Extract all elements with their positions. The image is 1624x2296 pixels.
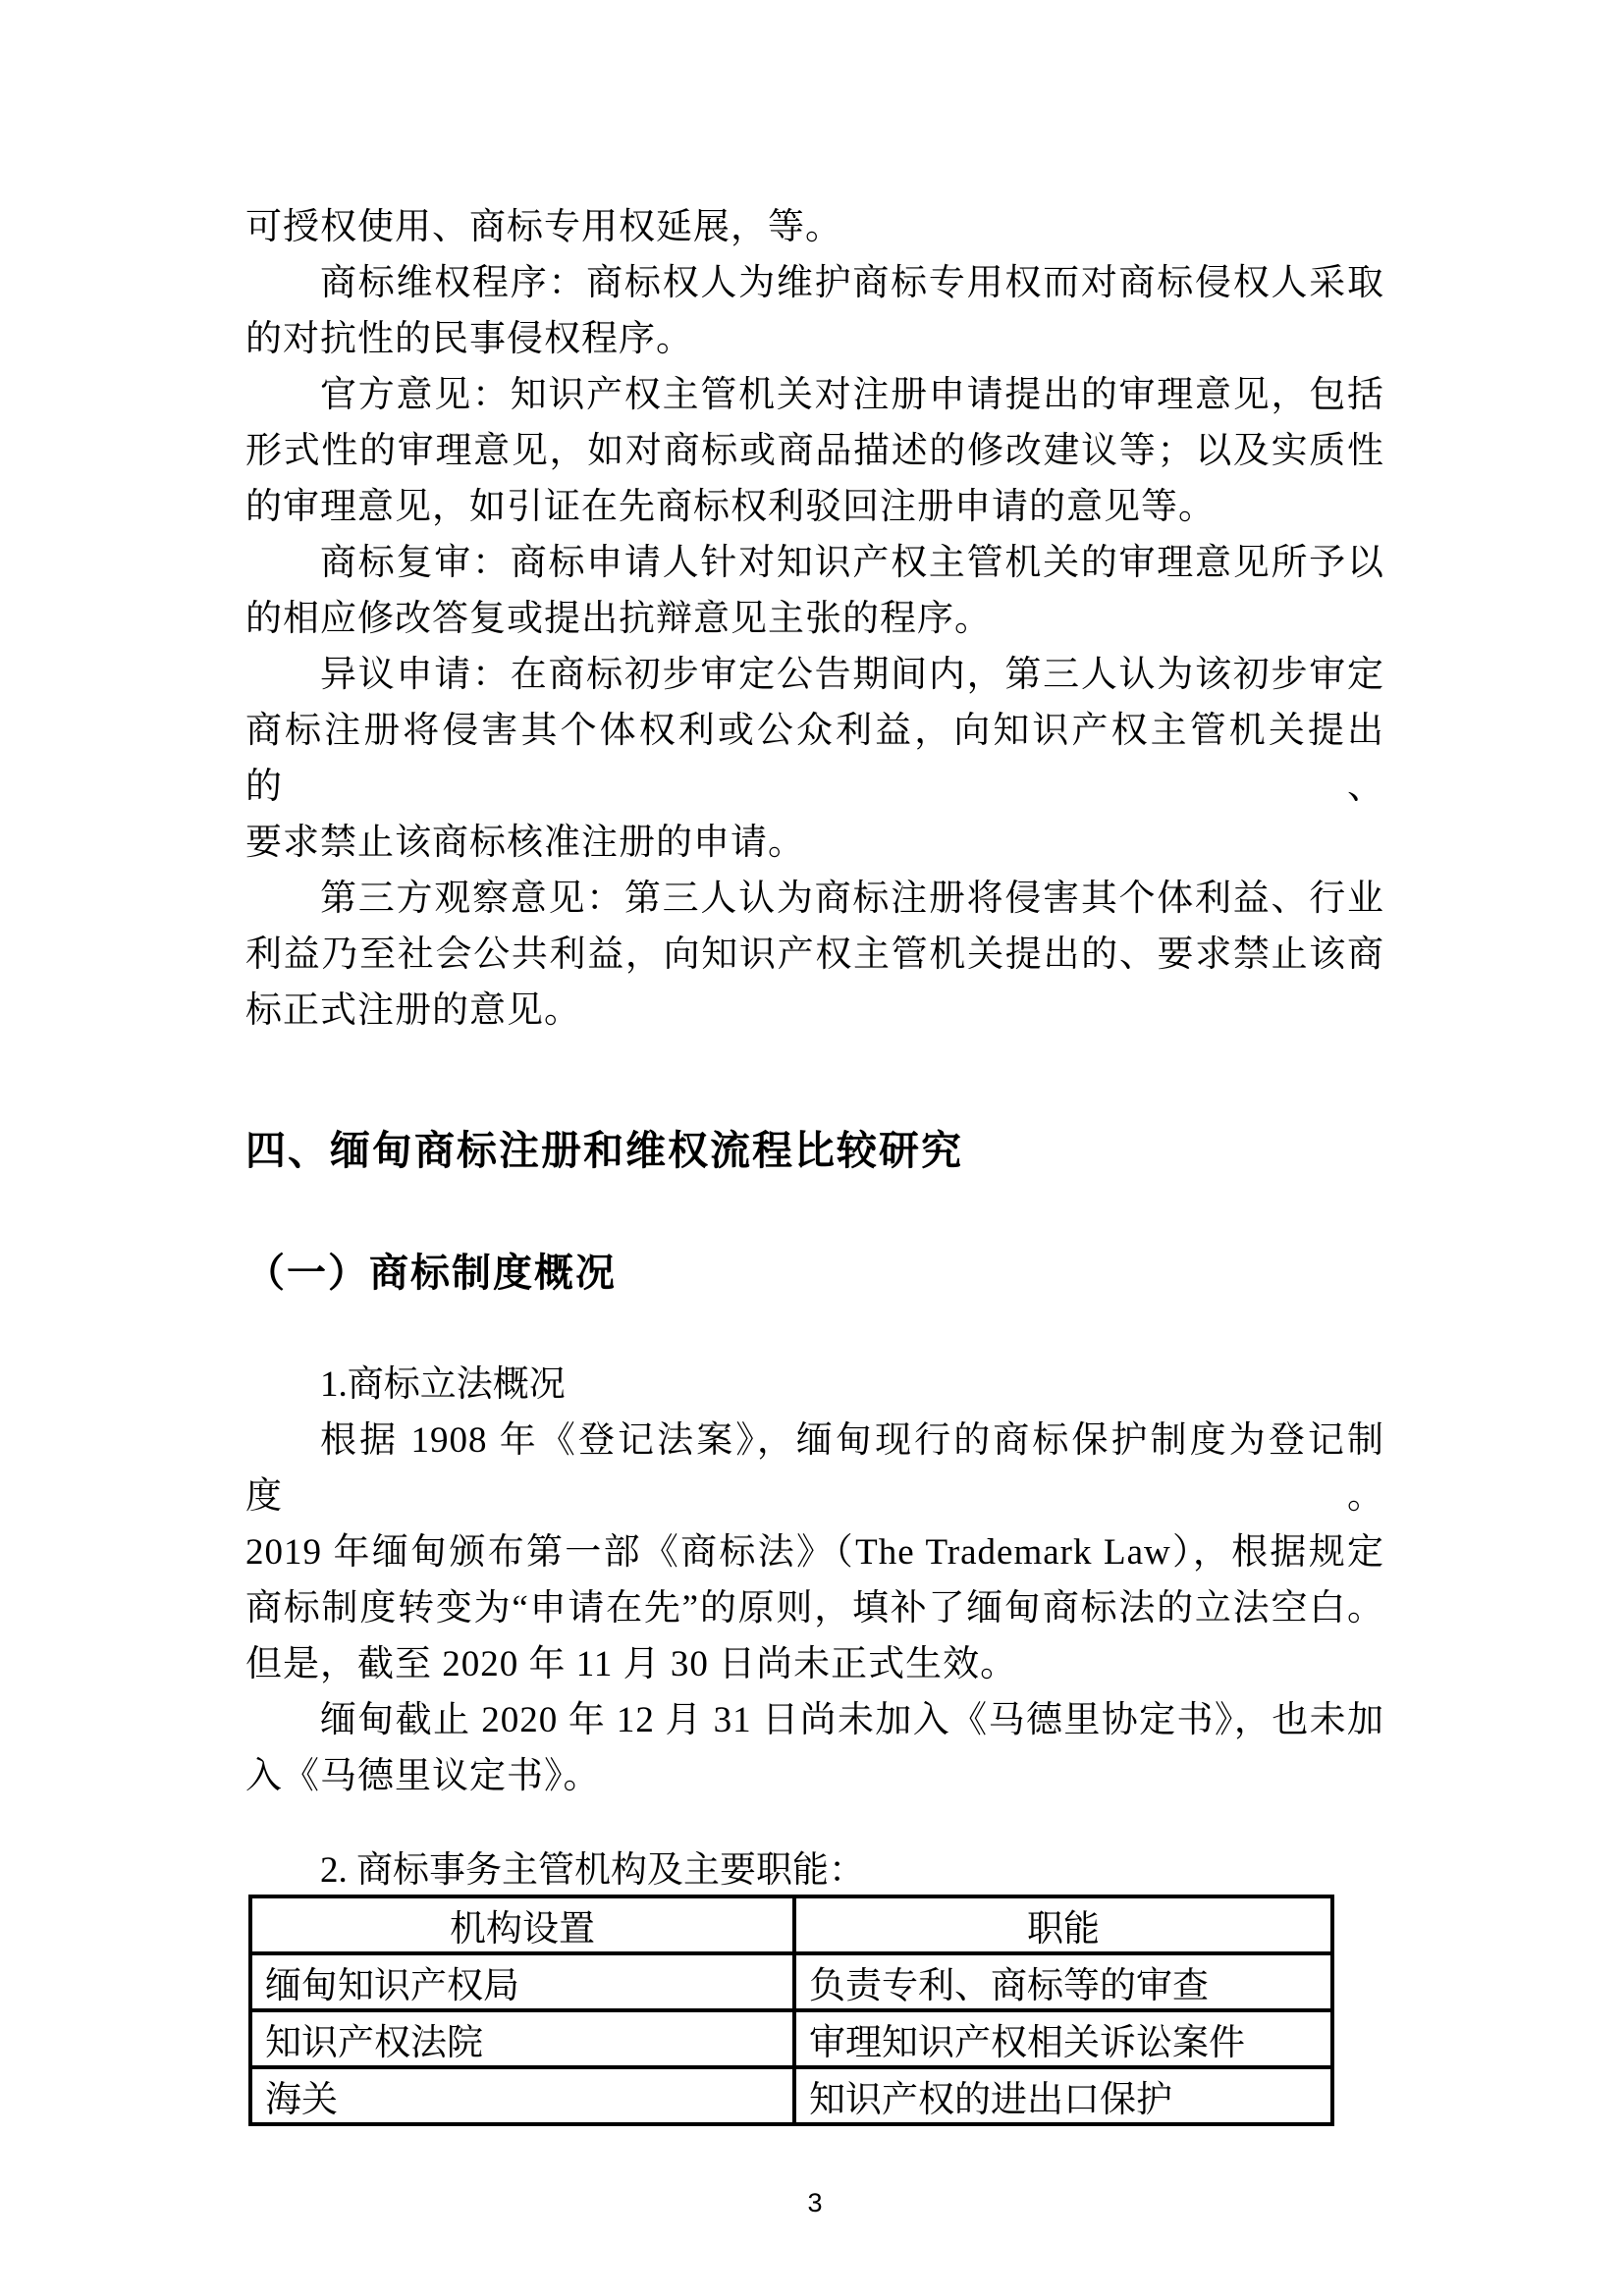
text-block: 可授权使用、商标专用权延展，等。 商标维权程序：商标权人为维护商标专用权而对商标…	[0, 0, 1624, 2220]
page-number: 3	[245, 2185, 1384, 2220]
table-row: 缅甸知识产权局 负责专利、商标等的审查	[250, 1953, 1332, 2010]
body-line: 商标复审：商标申请人针对知识产权主管机关的审理意见所予以	[245, 535, 1384, 591]
body-line: 商标注册将侵害其个体权利或公众利益，向知识产权主管机关提出的、	[245, 703, 1384, 815]
body-line: 商标制度转变为“申请在先”的原则，填补了缅甸商标法的立法空白。	[245, 1580, 1384, 1636]
col-header-organization: 机构设置	[250, 1896, 794, 1953]
body-line: 异议申请：在商标初步审定公告期间内，第三人认为该初步审定	[245, 647, 1384, 703]
body-line: 的相应修改答复或提出抗辩意见主张的程序。	[245, 591, 1384, 647]
item-heading-2-table-caption: 2. 商标事务主管机构及主要职能：	[245, 1847, 1384, 1895]
col-header-function: 职能	[794, 1896, 1332, 1953]
table-cell-function: 知识产权的进出口保护	[794, 2067, 1332, 2124]
table-cell-organization: 知识产权法院	[250, 2010, 794, 2067]
body-line: 标正式注册的意见。	[245, 983, 1384, 1039]
body-line: 根据 1908 年《登记法案》，缅甸现行的商标保护制度为登记制度。	[245, 1413, 1384, 1524]
body-line: 要求禁止该商标核准注册的申请。	[245, 815, 1384, 871]
table-cell-organization: 缅甸知识产权局	[250, 1953, 794, 2010]
agencies-functions-table: 机构设置 职能 缅甸知识产权局 负责专利、商标等的审查 知识产权法院 审理知识产…	[248, 1895, 1334, 2126]
body-line: 缅甸截止 2020 年 12 月 31 日尚未加入《马德里协定书》，也未加	[245, 1692, 1384, 1748]
table-row: 知识产权法院 审理知识产权相关诉讼案件	[250, 2010, 1332, 2067]
section-heading: 四、缅甸商标注册和维权流程比较研究	[245, 1121, 1384, 1180]
body-line: 但是，截至 2020 年 11 月 30 日尚未正式生效。	[245, 1636, 1384, 1692]
body-line: 第三方观察意见：第三人认为商标注册将侵害其个体利益、行业	[245, 871, 1384, 927]
table-row: 海关 知识产权的进出口保护	[250, 2067, 1332, 2124]
body-line: 可授权使用、商标专用权延展，等。	[245, 199, 1384, 255]
table-cell-function: 负责专利、商标等的审查	[794, 1953, 1332, 2010]
body-line: 官方意见：知识产权主管机关对注册申请提出的审理意见，包括	[245, 367, 1384, 423]
subsection-heading: （一）商标制度概况	[245, 1245, 1384, 1302]
body-line: 商标维权程序：商标权人为维护商标专用权而对商标侵权人采取	[245, 255, 1384, 311]
body-line: 利益乃至社会公共利益，向知识产权主管机关提出的、要求禁止该商	[245, 927, 1384, 983]
table-header-row: 机构设置 职能	[250, 1896, 1332, 1953]
table-cell-organization: 海关	[250, 2067, 794, 2124]
item-heading-1: 1.商标立法概况	[245, 1357, 1384, 1413]
document-page: 可授权使用、商标专用权延展，等。 商标维权程序：商标权人为维护商标专用权而对商标…	[0, 0, 1624, 2296]
table-cell-function: 审理知识产权相关诉讼案件	[794, 2010, 1332, 2067]
body-line: 形式性的审理意见，如对商标或商品描述的修改建议等；以及实质性	[245, 423, 1384, 479]
body-line: 2019 年缅甸颁布第一部《商标法》（The Trademark Law），根据…	[245, 1524, 1384, 1580]
body-line: 的对抗性的民事侵权程序。	[245, 311, 1384, 367]
body-line: 入《马德里议定书》。	[245, 1748, 1384, 1804]
body-line: 的审理意见，如引证在先商标权利驳回注册申请的意见等。	[245, 479, 1384, 535]
